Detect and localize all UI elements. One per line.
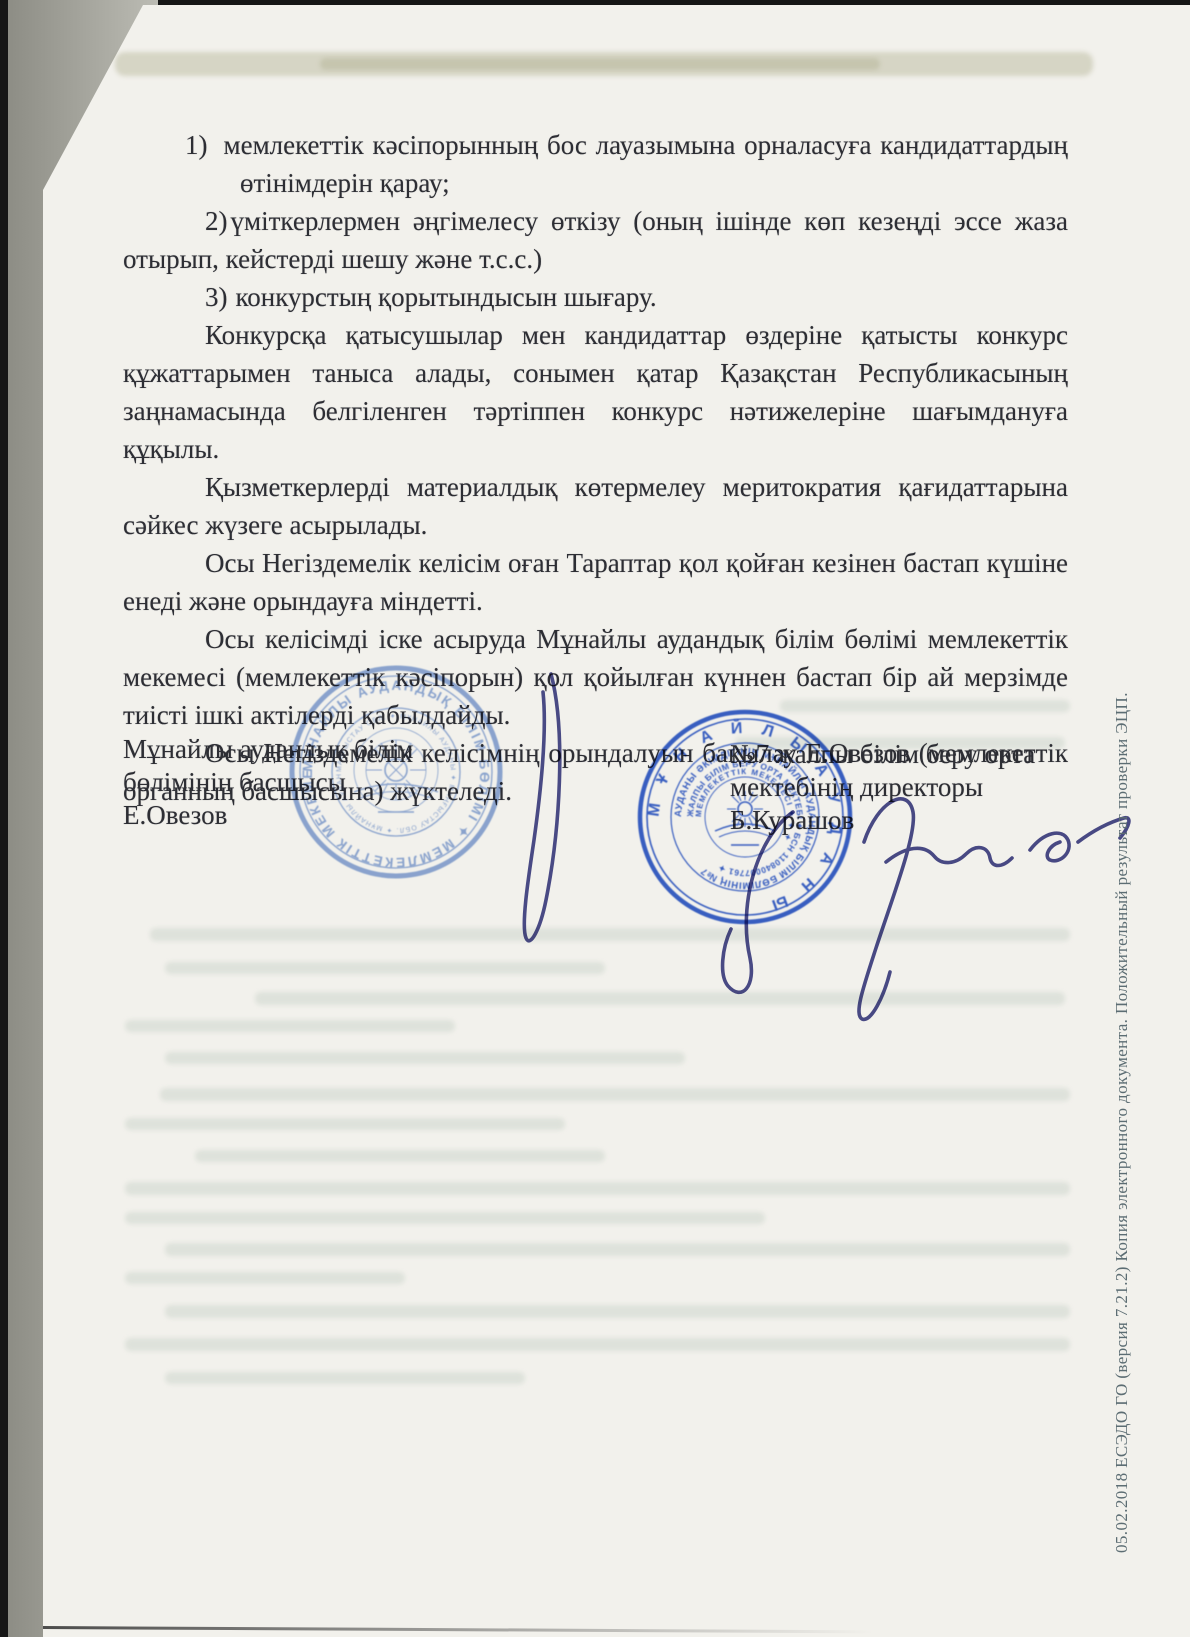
scanned-document-page: 1)мемлекеттік кәсіпорынның бос лауазымын…: [0, 0, 1190, 1637]
signature-stroke-right-end: [1030, 833, 1069, 861]
signature-stroke-left: [524, 674, 559, 941]
signature-stroke-right-main: [859, 799, 913, 1020]
signature-stroke-right-loop: [723, 812, 793, 992]
edge-verification-note: 05.02.2018 ЕСЭДО ГО (версия 7.21.2) Копи…: [1112, 648, 1138, 1553]
handwritten-signatures: [0, 0, 1190, 1637]
